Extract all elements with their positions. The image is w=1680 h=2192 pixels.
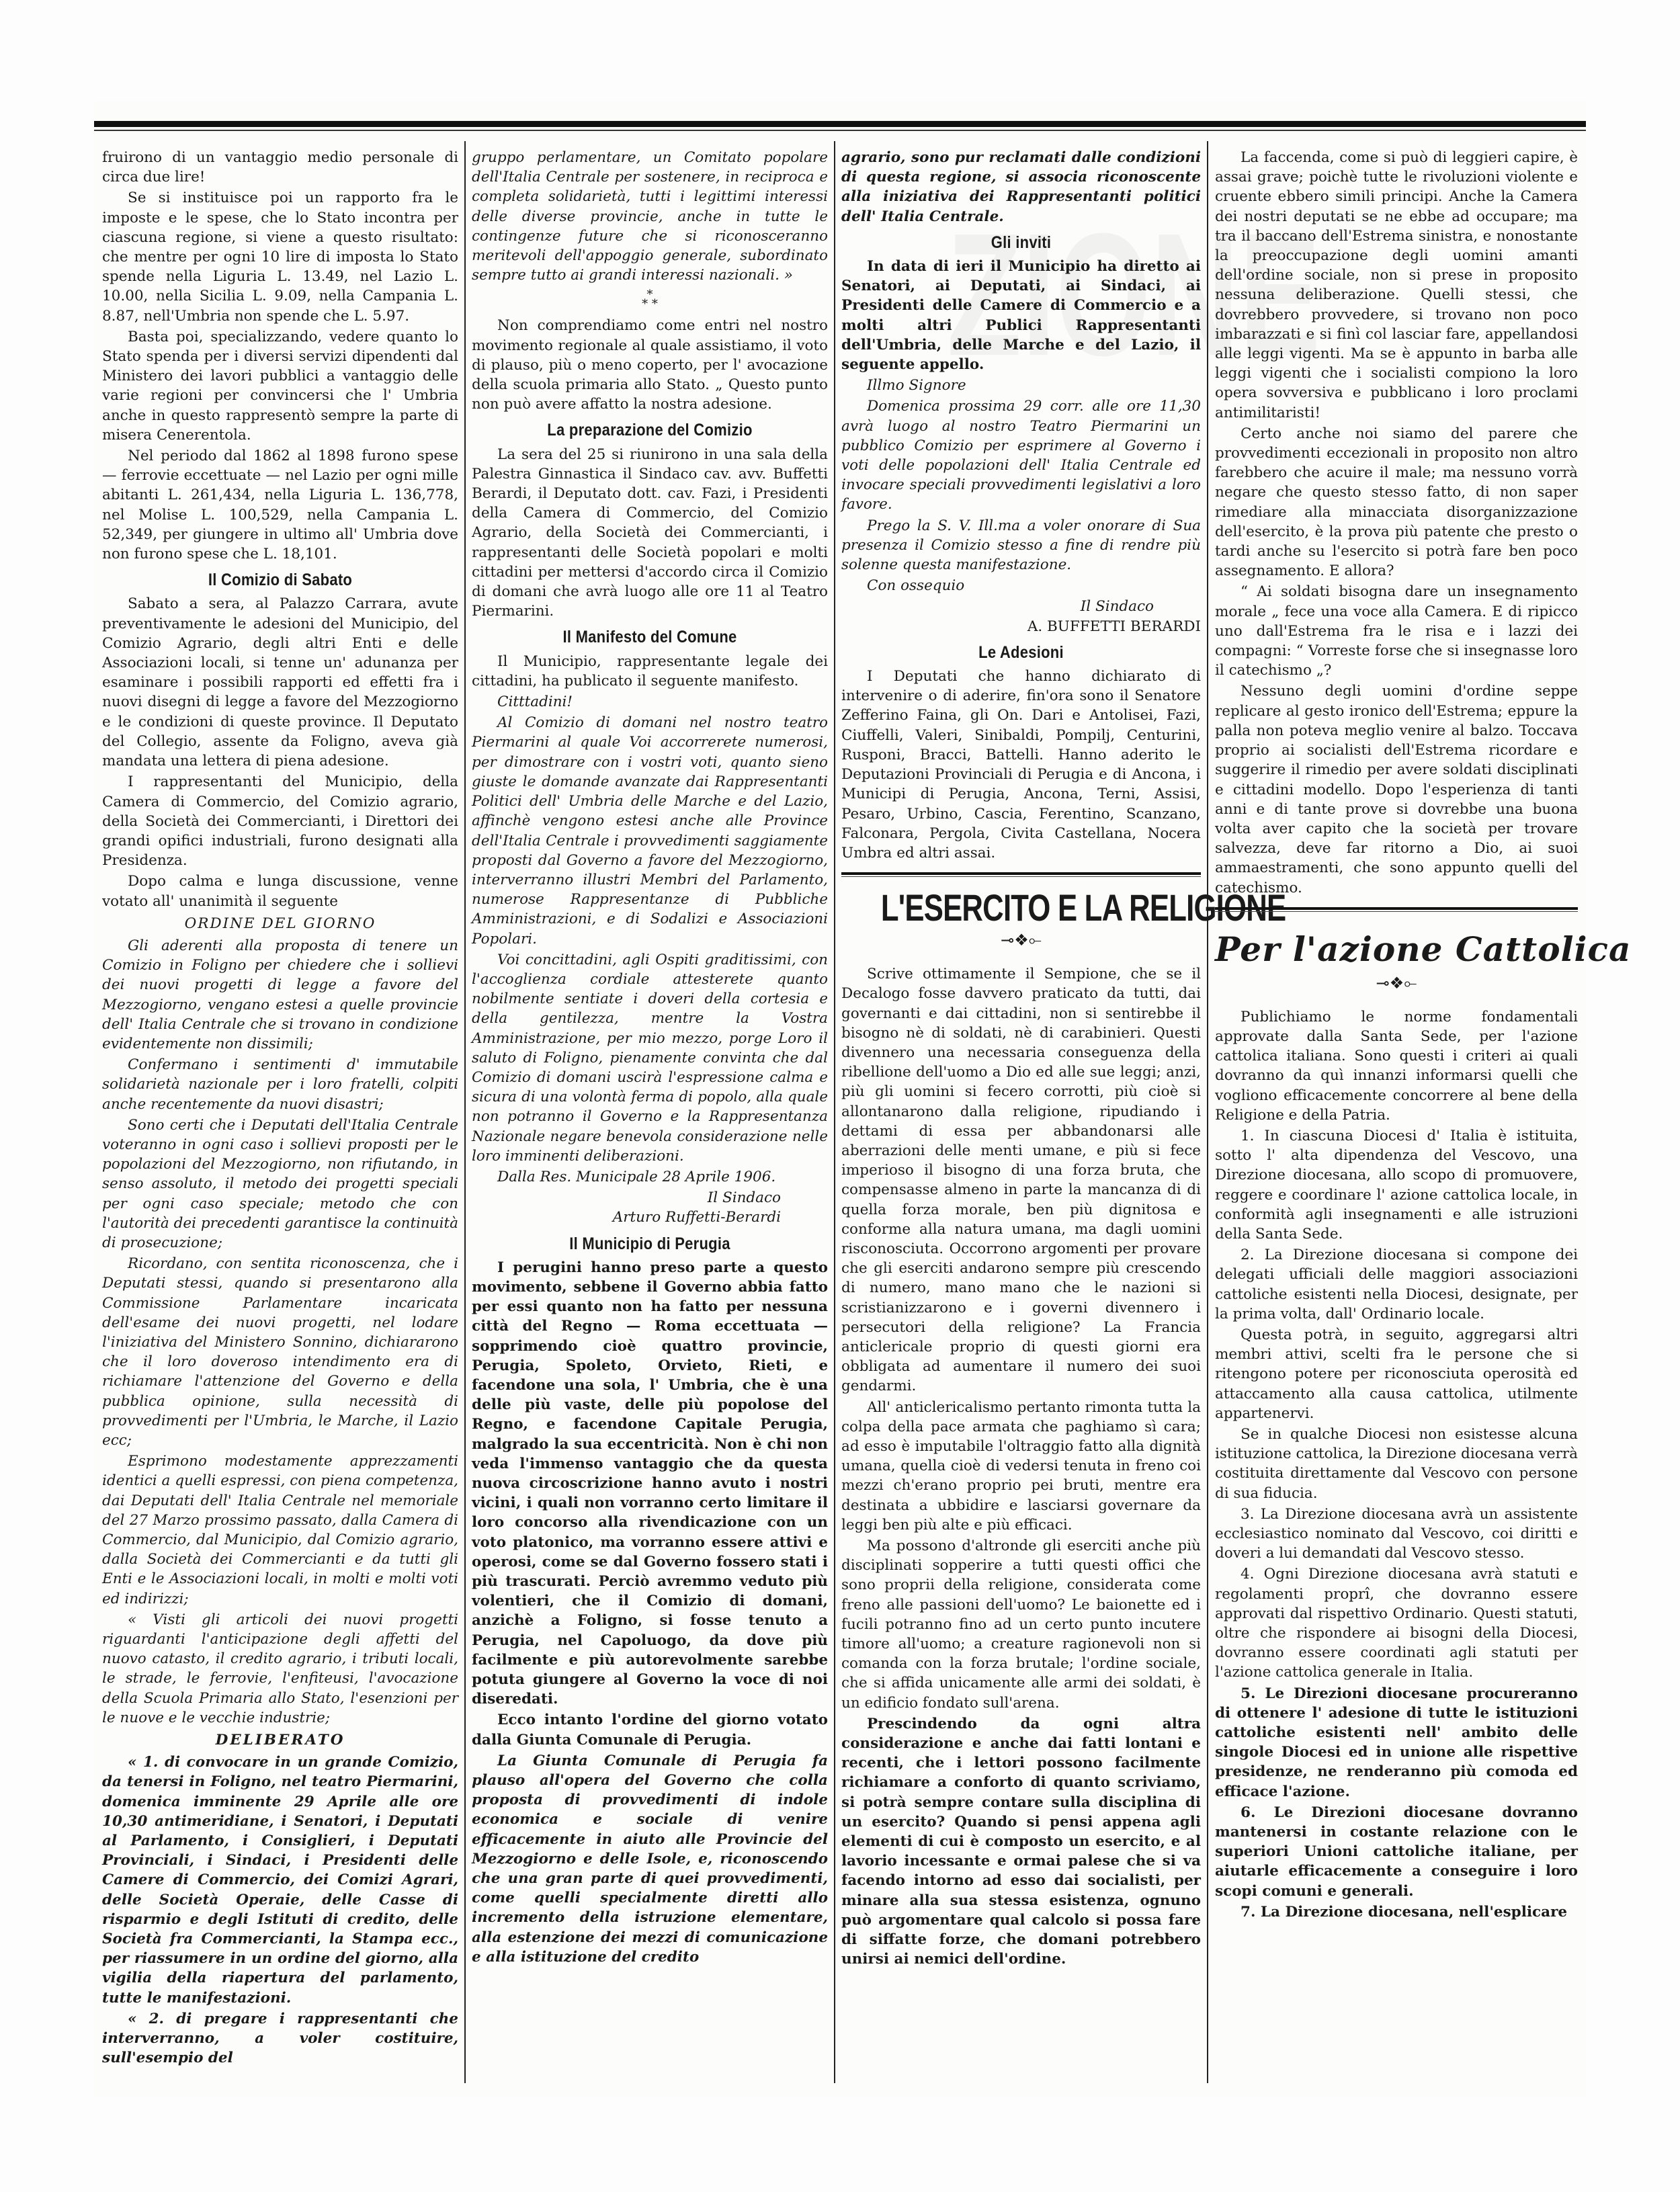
paragraph: Certo anche noi siamo del parere che pro… [1215, 424, 1578, 581]
italic-paragraph: Sono certi che i Deputati dell'Italia Ce… [102, 1115, 458, 1253]
section-heading: La preparazione del Comizio [493, 421, 806, 440]
signature-line: Il Sindaco [472, 1188, 828, 1208]
italic-paragraph: Dalla Res. Municipale 28 Aprile 1906. [472, 1167, 828, 1187]
paragraph: Ma possono d'altronde gli eserciti anche… [841, 1536, 1201, 1713]
section-rule [1215, 907, 1578, 912]
column-divider [834, 141, 835, 2083]
bold-paragraph: I perugini hanno preso parte a questo mo… [472, 1258, 828, 1710]
signature-line: Il Sindaco [841, 597, 1201, 616]
section-heading: Gli inviti [863, 233, 1179, 253]
paragraph: Publichiamo le norme fondamentali approv… [1215, 1007, 1578, 1125]
order-title: ORDINE DEL GIORNO [102, 914, 458, 933]
paragraph: 3. La Direzione diocesana avrà un assist… [1215, 1505, 1578, 1564]
section-heading: Il Comizio di Sabato [124, 571, 437, 590]
newspaper-page: ZIONE fruirono di un vantaggio medio per… [94, 101, 1586, 2097]
masthead-rule [94, 121, 1586, 127]
section-heading: Il Manifesto del Comune [493, 628, 806, 647]
ornament-icon: ⊸❖⟜ [841, 931, 1201, 950]
column-divider [464, 141, 466, 2083]
paragraph: Se in qualche Diocesi non esistesse alcu… [1215, 1425, 1578, 1503]
paragraph: Non comprendiamo come entri nel nostro m… [472, 316, 828, 414]
italic-paragraph: Gli aderenti alla proposta di tenere un … [102, 936, 458, 1054]
paragraph: Basta poi, specializzando, vedere quanto… [102, 327, 458, 445]
paragraph: Sabato a sera, al Palazzo Carrara, avute… [102, 594, 458, 771]
italic-paragraph: Illmo Signore [841, 376, 1201, 395]
italic-paragraph: gruppo perlamentare, un Comitato popolar… [472, 148, 828, 285]
bold-paragraph: Ecco intanto l'ordine del giorno votato … [472, 1710, 828, 1749]
column-3: agrario, sono pur reclamati dalle condiz… [841, 148, 1201, 1970]
italic-paragraph: Confermano i sentimenti d' immutabile so… [102, 1055, 458, 1114]
italic-bold-paragraph: « 1. di convocare in un grande Comizio, … [102, 1753, 458, 2008]
paragraph: 1. In ciascuna Diocesi d' Italia è istit… [1215, 1126, 1578, 1244]
bold-paragraph: In data di ieri il Municipio ha diretto … [841, 257, 1201, 374]
italic-paragraph: Prego la S. V. Ill.ma a voler onorare di… [841, 516, 1201, 575]
column-divider [1207, 141, 1208, 2083]
article-headline: Per l'azione Cattolica [1215, 929, 1578, 970]
italic-paragraph: Con ossequio [841, 576, 1201, 595]
paragraph: Questa potrà, in seguito, aggregarsi alt… [1215, 1325, 1578, 1423]
paragraph: I Deputati che hanno dichiarato di inter… [841, 667, 1201, 863]
masthead-rule-thin [94, 130, 1586, 131]
paragraph: I rappresentanti del Municipio, della Ca… [102, 772, 458, 870]
bold-paragraph: Prescindendo da ogni altra considerazion… [841, 1714, 1201, 1970]
italic-bold-paragraph: « 2. di pregare i rappresentanti che int… [102, 2009, 458, 2068]
paragraph: Il Municipio, rappresentante legale dei … [472, 652, 828, 691]
paragraph: La sera del 25 si riunirono in una sala … [472, 445, 828, 622]
section-heading: Le Adesioni [863, 643, 1179, 663]
italic-paragraph: Voi concittadini, agli Ospiti graditissi… [472, 950, 828, 1166]
paragraph: 4. Ogni Direzione diocesana avrà statuti… [1215, 1564, 1578, 1682]
signature: A. BUFFETTI BERARDI [841, 617, 1201, 636]
article-headline: L'ESERCITO E LA RELIGIONE [881, 886, 1161, 929]
italic-paragraph: Esprimono modestamente apprezzamenti ide… [102, 1451, 458, 1609]
paragraph: Se si instituisce poi un rapporto fra le… [102, 188, 458, 325]
signature-line: Arturo Ruffetti-Berardi [472, 1208, 828, 1227]
bold-paragraph: 7. La Direzione diocesana, nell'esplicar… [1215, 1902, 1578, 1922]
italic-paragraph: « Visti gli articoli dei nuovi progetti … [102, 1610, 458, 1728]
column-1: fruirono di un vantaggio medio personale… [102, 148, 458, 2070]
section-heading: Il Municipio di Perugia [493, 1234, 806, 1254]
paragraph: La faccenda, come si può di leggieri cap… [1215, 148, 1578, 423]
italic-bold-paragraph: La Giunta Comunale di Perugia fa plauso … [472, 1751, 828, 1967]
paragraph: “ Ai soldati bisogna dare un insegnament… [1215, 582, 1578, 680]
column-2: gruppo perlamentare, un Comitato popolar… [472, 148, 828, 1968]
paragraph: fruirono di un vantaggio medio personale… [102, 148, 458, 187]
column-4: La faccenda, come si può di leggieri cap… [1215, 148, 1578, 1923]
italic-paragraph: Ricordano, con sentita riconoscenza, che… [102, 1254, 458, 1450]
paragraph: All' anticlericalismo pertanto rimonta t… [841, 1398, 1201, 1535]
italic-paragraph: Domenica prossima 29 corr. alle ore 11,3… [841, 396, 1201, 514]
paragraph: Scrive ottimamente il Sempione, che se i… [841, 964, 1201, 1396]
bold-paragraph: 6. Le Direzioni diocesane dovranno mante… [1215, 1803, 1578, 1901]
paragraph: 2. La Direzione diocesana si compone dei… [1215, 1245, 1578, 1324]
deliberation-title: DELIBERATO [102, 1730, 458, 1750]
italic-paragraph: Citttadini! [472, 692, 828, 712]
asterism-separator: * * * [472, 290, 828, 309]
italic-paragraph: Al Comizio di domani nel nostro teatro P… [472, 713, 828, 948]
paragraph: Nessuno degli uomini d'ordine seppe repl… [1215, 681, 1578, 897]
paragraph: Nel periodo dal 1862 al 1898 furono spes… [102, 446, 458, 564]
section-rule [841, 872, 1201, 877]
italic-bold-paragraph: agrario, sono pur reclamati dalle condiz… [841, 148, 1201, 226]
ornament-icon: ⊸❖⟜ [1215, 974, 1578, 993]
bold-paragraph: 5. Le Direzioni diocesane procureranno d… [1215, 1684, 1578, 1802]
paragraph: Dopo calma e lunga discussione, venne vo… [102, 872, 458, 911]
